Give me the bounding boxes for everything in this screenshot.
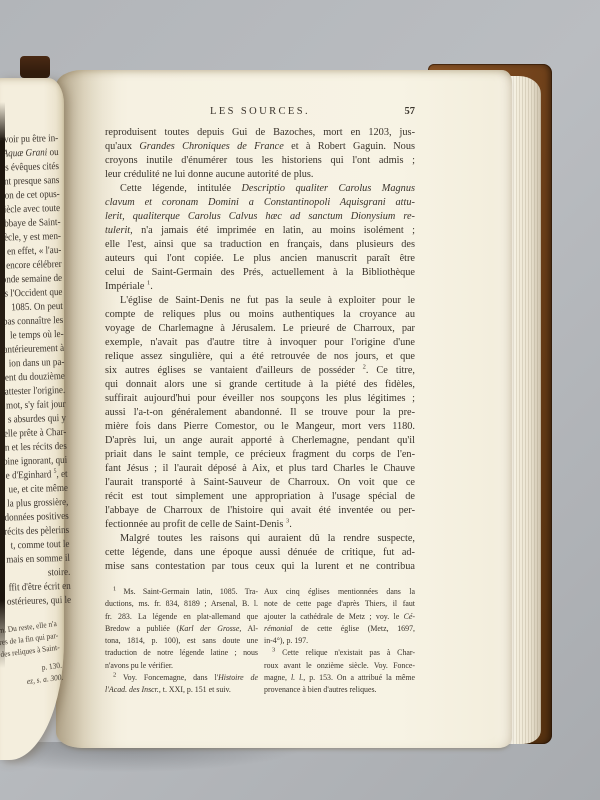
text-line: suffirait aujourd'hui pour éveiller nos …: [105, 392, 415, 406]
text-line: récit est tout simplement une appropriat…: [105, 490, 415, 504]
text-line: ductions, ms. fr. 834, 8189 ; Arsenal, B…: [105, 598, 258, 610]
text-line: fant Jésus ; il l'aurait déposé à Aix, e…: [105, 462, 415, 476]
text-line: lerit, qualiterque Carolus Calvus hæc ad…: [105, 210, 415, 224]
text-line: l'abbaye de Charroux de l'histoire qui a…: [105, 504, 415, 518]
book-drop-shadow: [0, 742, 405, 784]
text-line: priait dans le saint temple, ce précieux…: [105, 448, 415, 462]
left-page-text-fragments: avoir pu être in-Aquæ Grani oues évêques…: [0, 132, 71, 612]
text-line: fr. 283. La légende en plat-allemand que: [105, 611, 258, 623]
book-photo: LES SOURCES. 57 reproduisent toutes depu…: [0, 0, 600, 800]
text-line: mière fois dans Pierre Comestor, ou le M…: [105, 420, 415, 434]
text-line: leur crédulité ne lui donne aucune autor…: [105, 168, 415, 182]
text-line: clavum et coronam Domini a Constantinopo…: [105, 196, 415, 210]
text-line: provenance à bien d'autres reliques.: [264, 684, 415, 696]
text-line: n'avons pu le vérifier.: [105, 660, 258, 672]
text-line: 1 Ms. Saint-Germain latin, 1085. Tra-: [105, 586, 258, 598]
text-line: note de cette page d'après Thiers, il fa…: [264, 598, 415, 610]
text-fragment-line: ostérieures, qui le: [0, 594, 71, 612]
text-line: elle l'est, ainsi que sa traduction en f…: [105, 238, 415, 252]
photo-scene: { "colors": { "background_gray": "#b2b5b…: [0, 0, 600, 800]
text-line: Aux cinq églises mentionnées dans la: [264, 586, 415, 598]
text-line: l'aurait transporté à Saint-Sauveur de C…: [105, 476, 415, 490]
page-header: LES SOURCES. 57: [105, 106, 415, 122]
text-line: 2 Voy. Foncemagne, dans l'Histoire de: [105, 672, 258, 684]
text-line: relique assez singulière, qui a été retr…: [105, 350, 415, 364]
left-cover-edge: [0, 102, 5, 668]
right-page: LES SOURCES. 57 reproduisent toutes depu…: [56, 70, 512, 748]
left-page-footnote-fragments: um. Du reste, elle n'apitres de la fin q…: [0, 618, 64, 699]
text-line: croyons inutile d'énumérer tous les hist…: [105, 154, 415, 168]
text-line: qui donnait alors une si grande certitud…: [105, 378, 415, 392]
text-line: D'après lui, un ange aurait apporté à Ch…: [105, 434, 415, 448]
left-page: avoir pu être in-Aquæ Grani oues évêques…: [0, 78, 64, 760]
text-line: Impériale 1.: [105, 280, 415, 294]
text-line: celui de Saint-Germain des Prés, actuell…: [105, 266, 415, 280]
text-line: six autres églises se vantaient d'ailleu…: [105, 364, 415, 378]
text-line: voyage de Charlemagne à Jérusalem. Le pr…: [105, 322, 415, 336]
text-line: Bredow a publiée (Karl der Grosse, Al-: [105, 623, 258, 635]
text-line: fectionnée au profit de celle de Saint-D…: [105, 518, 415, 532]
text-line: rémonial de cette église (Metz, 1697,: [264, 623, 415, 635]
text-line: exemple, n'avait pas d'autre titre à inv…: [105, 336, 415, 350]
page-number: 57: [405, 106, 416, 117]
text-line: cette légende, dans une époque aussi dén…: [105, 546, 415, 560]
footnote-column-left: 1 Ms. Saint-Germain latin, 1085. Tra-duc…: [105, 586, 258, 697]
body-text: reproduisent toutes depuis Gui de Bazoch…: [105, 126, 415, 574]
spine-headband: [20, 56, 50, 78]
running-title: LES SOURCES.: [105, 106, 415, 117]
text-line: tona, 1814, p. 100), est sans doute une: [105, 635, 258, 647]
footnote-column-right: Aux cinq églises mentionnées dans lanote…: [264, 586, 415, 697]
text-line: L'église de Saint-Denis ne fut pas la se…: [105, 294, 415, 308]
text-line: aussi l'a-t-on généralement abandonné. I…: [105, 406, 415, 420]
text-line: auteurs qui l'ont copiée. Le plus ancien…: [105, 252, 415, 266]
text-line: mise sans contestation par tous ceux qui…: [105, 560, 415, 574]
text-line: roux avant le onzième siècle. Voy. Fonce…: [264, 660, 415, 672]
text-line: qu'aux Grandes Chroniques de France et à…: [105, 140, 415, 154]
text-line: Cette légende, intitulée Descriptio qual…: [105, 182, 415, 196]
text-line: tulerit, n'a jamais été imprimée en lati…: [105, 224, 415, 238]
right-page-text: LES SOURCES. 57 reproduisent toutes depu…: [105, 70, 415, 748]
text-line: traduction de notre légende latine ; nou…: [105, 647, 258, 659]
text-line: compte de reliques plus ou moins authent…: [105, 308, 415, 322]
text-line: Malgré toutes les raisons qui auraient d…: [105, 532, 415, 546]
text-line: reproduisent toutes depuis Gui de Bazoch…: [105, 126, 415, 140]
text-line: 3 Cette relique n'existait pas à Char-: [264, 647, 415, 659]
text-line: magne, l. l., p. 153. On a attribué la m…: [264, 672, 415, 684]
text-line: in-4°), p. 197.: [264, 635, 415, 647]
text-line: ajouter la cathédrale de Metz ; voy. le …: [264, 611, 415, 623]
text-line: l'Acad. des Inscr., t. XXI, p. 151 et su…: [105, 684, 258, 696]
